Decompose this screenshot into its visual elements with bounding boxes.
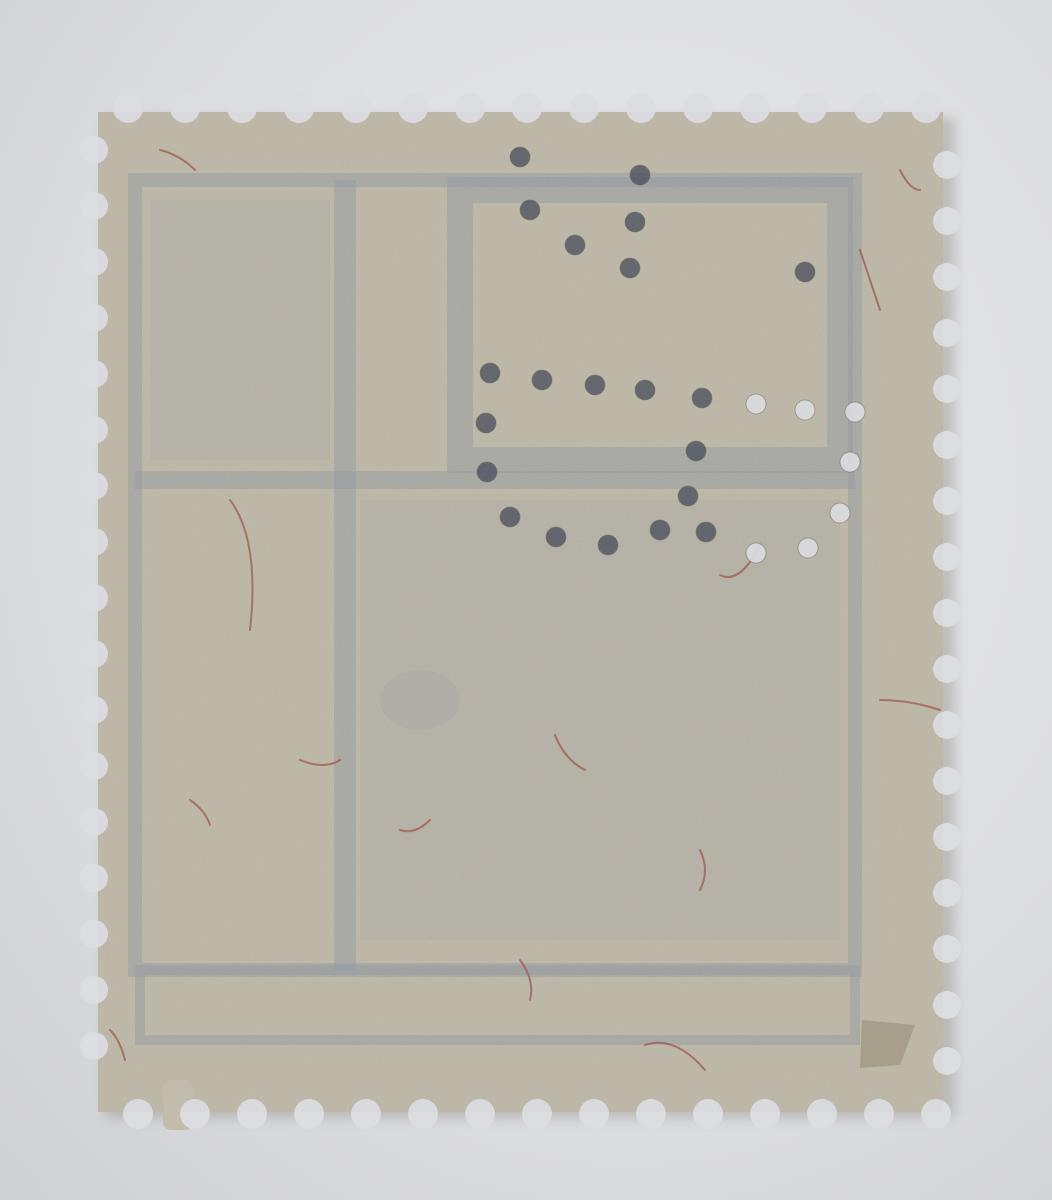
perfin-hole [532, 370, 552, 390]
perfin-hole [510, 147, 530, 167]
perfin-hole [795, 400, 815, 420]
perfin-hole [546, 527, 566, 547]
perfin-hole [795, 262, 815, 282]
perfin-hole [845, 402, 865, 422]
perfin-hole [746, 543, 766, 563]
perfin-hole [650, 520, 670, 540]
perfin-hole [565, 235, 585, 255]
perfin-hole [476, 413, 496, 433]
perfin-hole [696, 522, 716, 542]
perfin-hole [692, 388, 712, 408]
perfin-hole [520, 200, 540, 220]
perfin-hole [746, 394, 766, 414]
perfin-hole [598, 535, 618, 555]
perfin-hole [477, 462, 497, 482]
perfin-hole [480, 363, 500, 383]
photo-scene [0, 0, 1052, 1200]
perfin-hole [686, 441, 706, 461]
perfin-hole [830, 503, 850, 523]
perfin-hole [798, 538, 818, 558]
perfin-hole [678, 486, 698, 506]
perfin-hole [635, 380, 655, 400]
perfin-hole [630, 165, 650, 185]
stamp-back [0, 0, 1052, 1200]
paper-grain [98, 112, 943, 1112]
perfin-hole [585, 375, 605, 395]
perfin-hole [625, 212, 645, 232]
perfin-hole [620, 258, 640, 278]
perfin-hole [840, 452, 860, 472]
perfin-hole [500, 507, 520, 527]
